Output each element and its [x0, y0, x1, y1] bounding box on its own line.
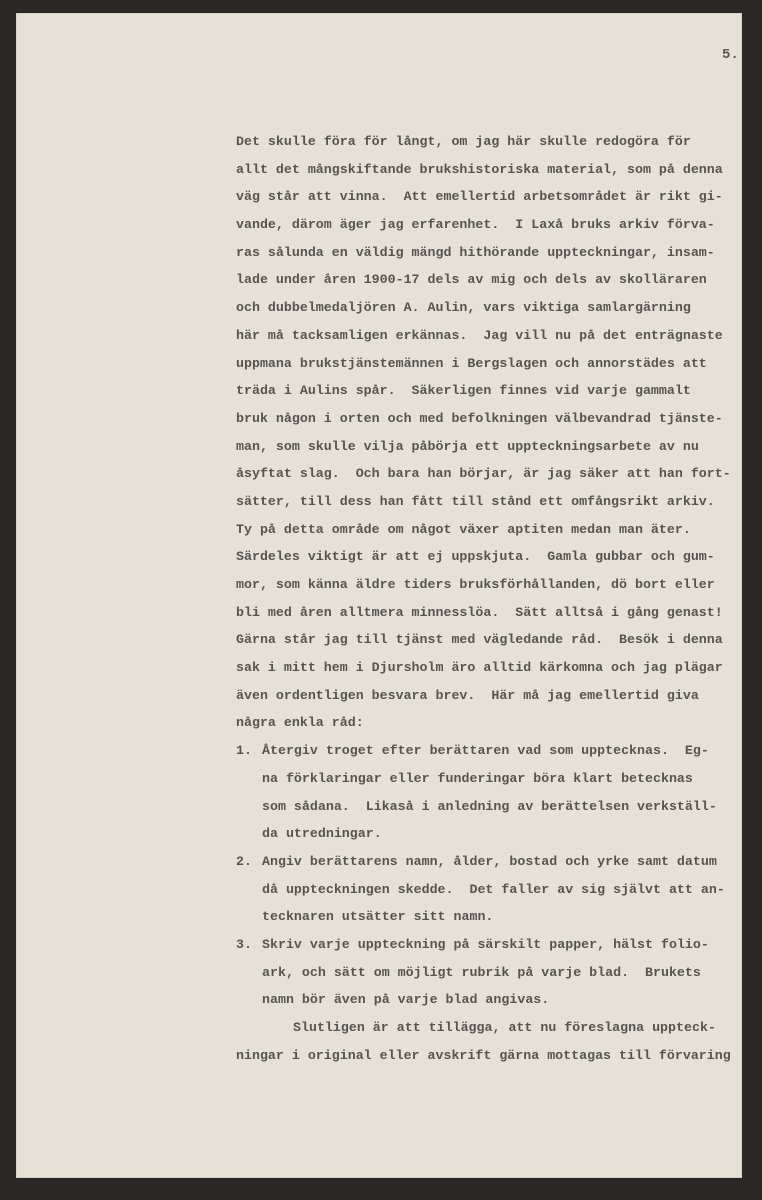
text-line: Återgiv troget efter berättaren vad som … [262, 743, 709, 758]
text-line: allt det mångskiftande brukshistoriska m… [236, 156, 746, 184]
document-body: Det skulle föra för långt, om jag här sk… [236, 128, 746, 1069]
text-line: åsyftat slag. Och bara han börjar, är ja… [236, 460, 746, 488]
text-line: vande, därom äger jag erfarenhet. I Laxå… [236, 211, 746, 239]
text-line: och dubbelmedaljören A. Aulin, vars vikt… [236, 294, 746, 322]
text-line: träda i Aulins spår. Säkerligen finnes v… [236, 377, 746, 405]
list-item: 3.Skriv varje uppteckning på särskilt pa… [236, 931, 746, 1014]
text-line: namn bör även på varje blad angivas. [236, 986, 746, 1014]
text-line: Gärna står jag till tjänst med vägledand… [236, 626, 746, 654]
text-line: sak i mitt hem i Djursholm äro alltid kä… [236, 654, 746, 682]
text-line: bruk någon i orten och med befolkningen … [236, 405, 746, 433]
document-page: 5. Det skulle föra för långt, om jag här… [16, 13, 742, 1178]
text-line: na förklaringar eller funderingar böra k… [236, 765, 746, 793]
text-line: ras sålunda en väldig mängd hithörande u… [236, 239, 746, 267]
text-line: som sådana. Likaså i anledning av berätt… [236, 793, 746, 821]
list-item: 1.Återgiv troget efter berättaren vad so… [236, 737, 746, 848]
list-number: 3. [236, 931, 262, 959]
text-line: även ordentligen besvara brev. Här må ja… [236, 682, 746, 710]
text-line: uppmana brukstjänstemännen i Bergslagen … [236, 350, 746, 378]
paragraph-closing: Slutligen är att tillägga, att nu föresl… [236, 1014, 746, 1069]
text-line: här må tacksamligen erkännas. Jag vill n… [236, 322, 746, 350]
text-line: lade under åren 1900-17 dels av mig och … [236, 266, 746, 294]
text-line: da utredningar. [236, 820, 746, 848]
text-line: då uppteckningen skedde. Det faller av s… [236, 876, 746, 904]
text-line: bli med åren alltmera minnesslöa. Sätt a… [236, 599, 746, 627]
text-line: Särdeles viktigt är att ej uppskjuta. Ga… [236, 543, 746, 571]
advice-list: 1.Återgiv troget efter berättaren vad so… [236, 737, 746, 1014]
text-line: Slutligen är att tillägga, att nu föresl… [236, 1014, 746, 1042]
list-number: 1. [236, 737, 262, 765]
text-line: Angiv berättarens namn, ålder, bostad oc… [262, 854, 717, 869]
text-line: ark, och sätt om möjligt rubrik på varje… [236, 959, 746, 987]
text-line: ningar i original eller avskrift gärna m… [236, 1042, 746, 1070]
text-line: Det skulle föra för långt, om jag här sk… [236, 128, 746, 156]
text-line: väg står att vinna. Att emellertid arbet… [236, 183, 746, 211]
text-line: mor, som känna äldre tiders bruksförhåll… [236, 571, 746, 599]
text-line: Ty på detta område om något växer aptite… [236, 516, 746, 544]
text-line: sätter, till dess han fått till stånd et… [236, 488, 746, 516]
text-line: några enkla råd: [236, 709, 746, 737]
text-line: man, som skulle vilja påbörja ett upptec… [236, 433, 746, 461]
text-line: tecknaren utsätter sitt namn. [236, 903, 746, 931]
list-item: 2.Angiv berättarens namn, ålder, bostad … [236, 848, 746, 931]
page-number: 5. [722, 47, 739, 63]
text-line: Skriv varje uppteckning på särskilt papp… [262, 937, 709, 952]
paragraph-intro: Det skulle föra för långt, om jag här sk… [236, 128, 746, 737]
list-number: 2. [236, 848, 262, 876]
